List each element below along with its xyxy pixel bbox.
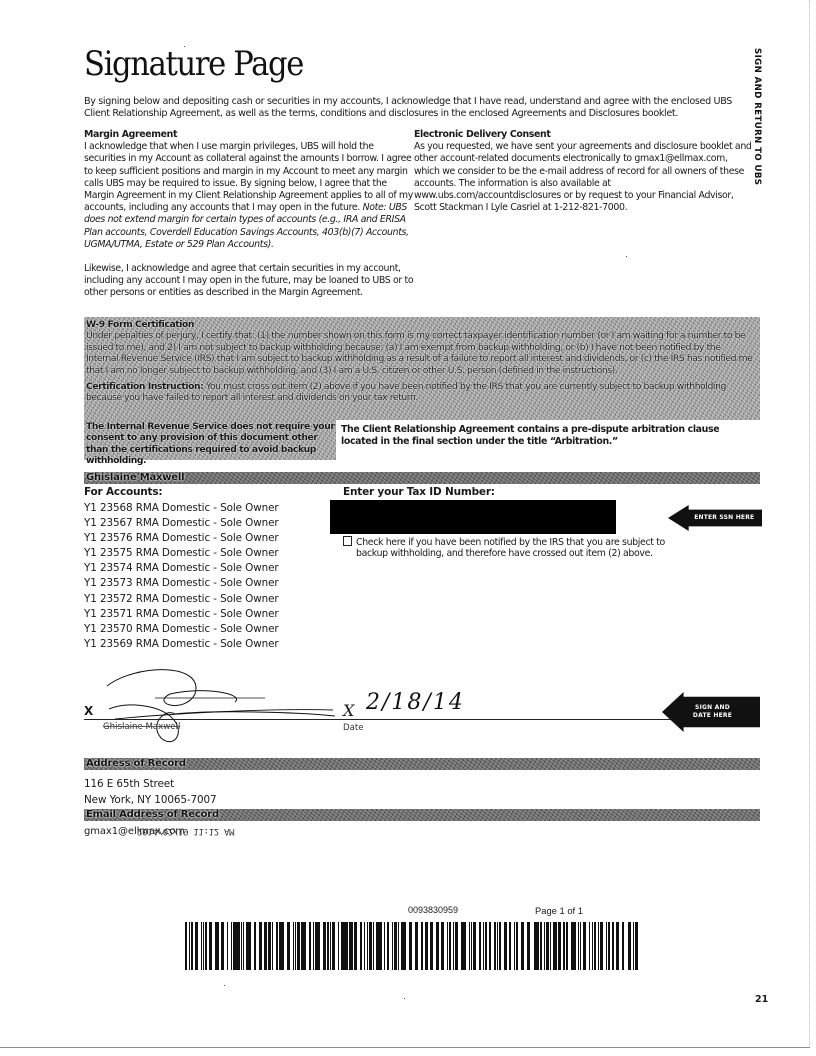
irs-consent-note: The Internal Revenue Service does not re…: [86, 421, 336, 467]
email-bar: Email Address of Record: [84, 809, 760, 821]
sign-and-date-arrow-tag: SIGN AND DATE HERE: [662, 692, 760, 732]
enter-ssn-arrow-tag: ENTER SSN HERE: [668, 505, 762, 531]
margin-agreement-likewise: Likewise, I acknowledge and agree that c…: [84, 263, 414, 300]
list-item: Y1 23573 RMA Domestic - Sole Owner: [84, 576, 279, 591]
signature-x-mark: X: [84, 704, 93, 718]
date-x-mark: X: [343, 701, 354, 720]
margin-agreement-section: Margin Agreement I acknowledge that when…: [84, 129, 414, 300]
electronic-delivery-heading: Electronic Delivery Consent: [414, 129, 754, 141]
list-item: Y1 23567 RMA Domestic - Sole Owner: [84, 516, 279, 531]
scan-speck: [224, 985, 225, 986]
document-number: 0093830959: [408, 905, 458, 915]
arbitration-notice: The Client Relationship Agreement contai…: [341, 424, 751, 447]
backup-withholding-checkbox[interactable]: [343, 536, 352, 546]
received-timestamp-stamp: 2014/02/19 11:12 AM: [137, 826, 234, 836]
address-bar: Address of Record: [84, 758, 760, 770]
w9-body: Under penalties of perjury, I certify th…: [86, 330, 754, 376]
scan-speck: [184, 46, 185, 47]
page-title: Signature Page: [84, 44, 303, 84]
page-number: 21: [755, 994, 768, 1005]
backup-line-1: Check here if you have been notified by …: [356, 537, 665, 548]
address-heading: Address of Record: [84, 758, 760, 770]
date-label: Date: [343, 723, 364, 733]
accounts-heading: For Accounts:: [84, 486, 162, 498]
w9-instruction: Certification Instruction: You must cros…: [86, 381, 754, 404]
owner-name-bar: Ghislaine Maxwell: [84, 472, 760, 484]
electronic-delivery-section: Electronic Delivery Consent As you reque…: [414, 129, 754, 214]
address-of-record: 116 E 65th Street New York, NY 10065-700…: [84, 777, 217, 808]
scan-speck: [404, 998, 405, 999]
barcode: [183, 922, 641, 970]
owner-name: Ghislaine Maxwell: [84, 472, 760, 484]
backup-line-2: backup withholding, and therefore have c…: [343, 548, 703, 559]
accounts-list: Y1 23568 RMA Domestic - Sole Owner Y1 23…: [84, 501, 279, 652]
w9-instruction-label: Certification Instruction:: [86, 381, 203, 392]
signer-name: Ghislaine Maxwell: [103, 722, 180, 732]
list-item: Y1 23570 RMA Domestic - Sole Owner: [84, 622, 279, 637]
signature-line[interactable]: [84, 719, 684, 720]
electronic-delivery-body: As you requested, we have sent your agre…: [414, 141, 752, 213]
signature-date[interactable]: 2/18/14: [366, 690, 465, 715]
list-item: Y1 23576 RMA Domestic - Sole Owner: [84, 531, 279, 546]
list-item: Y1 23571 RMA Domestic - Sole Owner: [84, 607, 279, 622]
enter-ssn-label: ENTER SSN HERE: [691, 505, 758, 531]
list-item: Y1 23569 RMA Domestic - Sole Owner: [84, 637, 279, 652]
list-item: Y1 23572 RMA Domestic - Sole Owner: [84, 592, 279, 607]
handwritten-signature: [95, 664, 335, 744]
sign-and-date-label: SIGN AND DATE HERE: [687, 692, 737, 732]
list-item: Y1 23568 RMA Domestic - Sole Owner: [84, 501, 279, 516]
tax-id-field-redacted[interactable]: [330, 500, 616, 534]
page-bottom-edge: [0, 1047, 810, 1048]
w9-heading: W-9 Form Certification: [86, 319, 754, 330]
scan-speck: [626, 256, 627, 257]
list-item: Y1 23575 RMA Domestic - Sole Owner: [84, 546, 279, 561]
page-edge: [809, 0, 810, 1048]
address-line-2: New York, NY 10065-7007: [84, 793, 217, 809]
tax-id-heading: Enter your Tax ID Number:: [343, 486, 495, 498]
w9-certification-text: W-9 Form Certification Under penalties o…: [86, 319, 754, 404]
backup-withholding-checkbox-row[interactable]: Check here if you have been notified by …: [343, 536, 703, 560]
address-line-1: 116 E 65th Street: [84, 777, 217, 793]
margin-agreement-heading: Margin Agreement: [84, 129, 414, 141]
list-item: Y1 23574 RMA Domestic - Sole Owner: [84, 561, 279, 576]
intro-paragraph: By signing below and depositing cash or …: [84, 96, 734, 121]
email-heading: Email Address of Record: [84, 809, 760, 821]
page-count: Page 1 of 1: [535, 905, 583, 916]
